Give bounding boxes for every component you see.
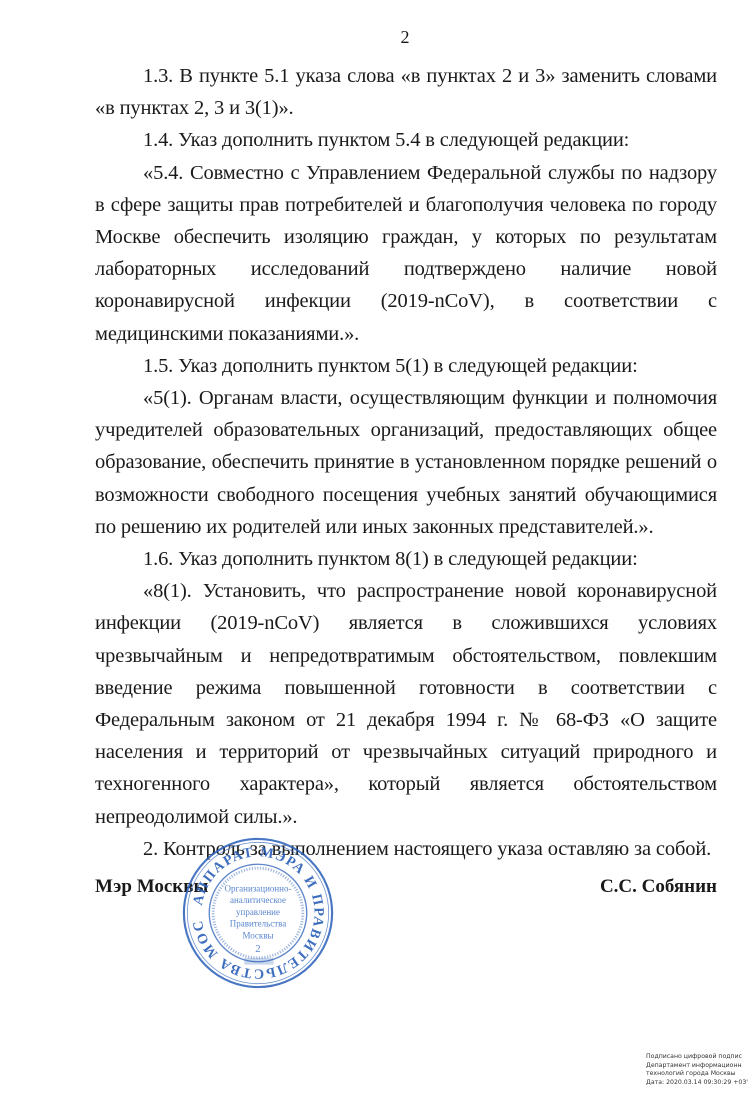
svg-text:аналитическое: аналитическое: [230, 895, 286, 905]
digital-signature-line: Подписано цифровой подпис: [646, 1053, 750, 1062]
svg-text:управление: управление: [236, 907, 280, 917]
official-stamp: АППАРАТ МЭРА И ПРАВИТЕЛЬСТВА МОСКВЫ Орга…: [180, 835, 336, 991]
digital-signature-line: Департамент информационн: [646, 1062, 750, 1071]
paragraph-1-6: 1.6. Указ дополнить пунктом 8(1) в следу…: [95, 543, 717, 575]
paragraph-1-3: 1.3. В пункте 5.1 указа слова «в пунктах…: [95, 60, 717, 124]
digital-signature-line: Дата: 2020.03.14 09:30:29 +03': [646, 1079, 750, 1088]
paragraph-1-5: 1.5. Указ дополнить пунктом 5(1) в следу…: [95, 350, 717, 382]
signatory-name: С.С. Собянин: [600, 876, 717, 898]
page-number: 2: [0, 27, 750, 48]
paragraph-1-4: 1.4. Указ дополнить пунктом 5.4 в следую…: [95, 124, 717, 156]
stamp-seal-icon: АППАРАТ МЭРА И ПРАВИТЕЛЬСТВА МОСКВЫ Орга…: [180, 835, 336, 991]
paragraph-5-1-quote: «5(1). Органам власти, осуществляющим фу…: [95, 382, 717, 543]
digital-signature-note: Подписано цифровой подпис Департамент ин…: [646, 1053, 750, 1087]
svg-text:Организационно-: Организационно-: [225, 884, 292, 894]
paragraph-8-1-quote: «8(1). Установить, что распространение н…: [95, 575, 717, 833]
svg-text:Правительства: Правительства: [230, 919, 286, 929]
paragraph-5-4-quote: «5.4. Совместно с Управлением Федерально…: [95, 157, 717, 350]
document-body: 1.3. В пункте 5.1 указа слова «в пунктах…: [95, 60, 717, 865]
svg-text:2: 2: [255, 943, 260, 955]
svg-text:Москвы: Москвы: [242, 930, 273, 940]
digital-signature-line: технологий города Москвы: [646, 1070, 750, 1079]
